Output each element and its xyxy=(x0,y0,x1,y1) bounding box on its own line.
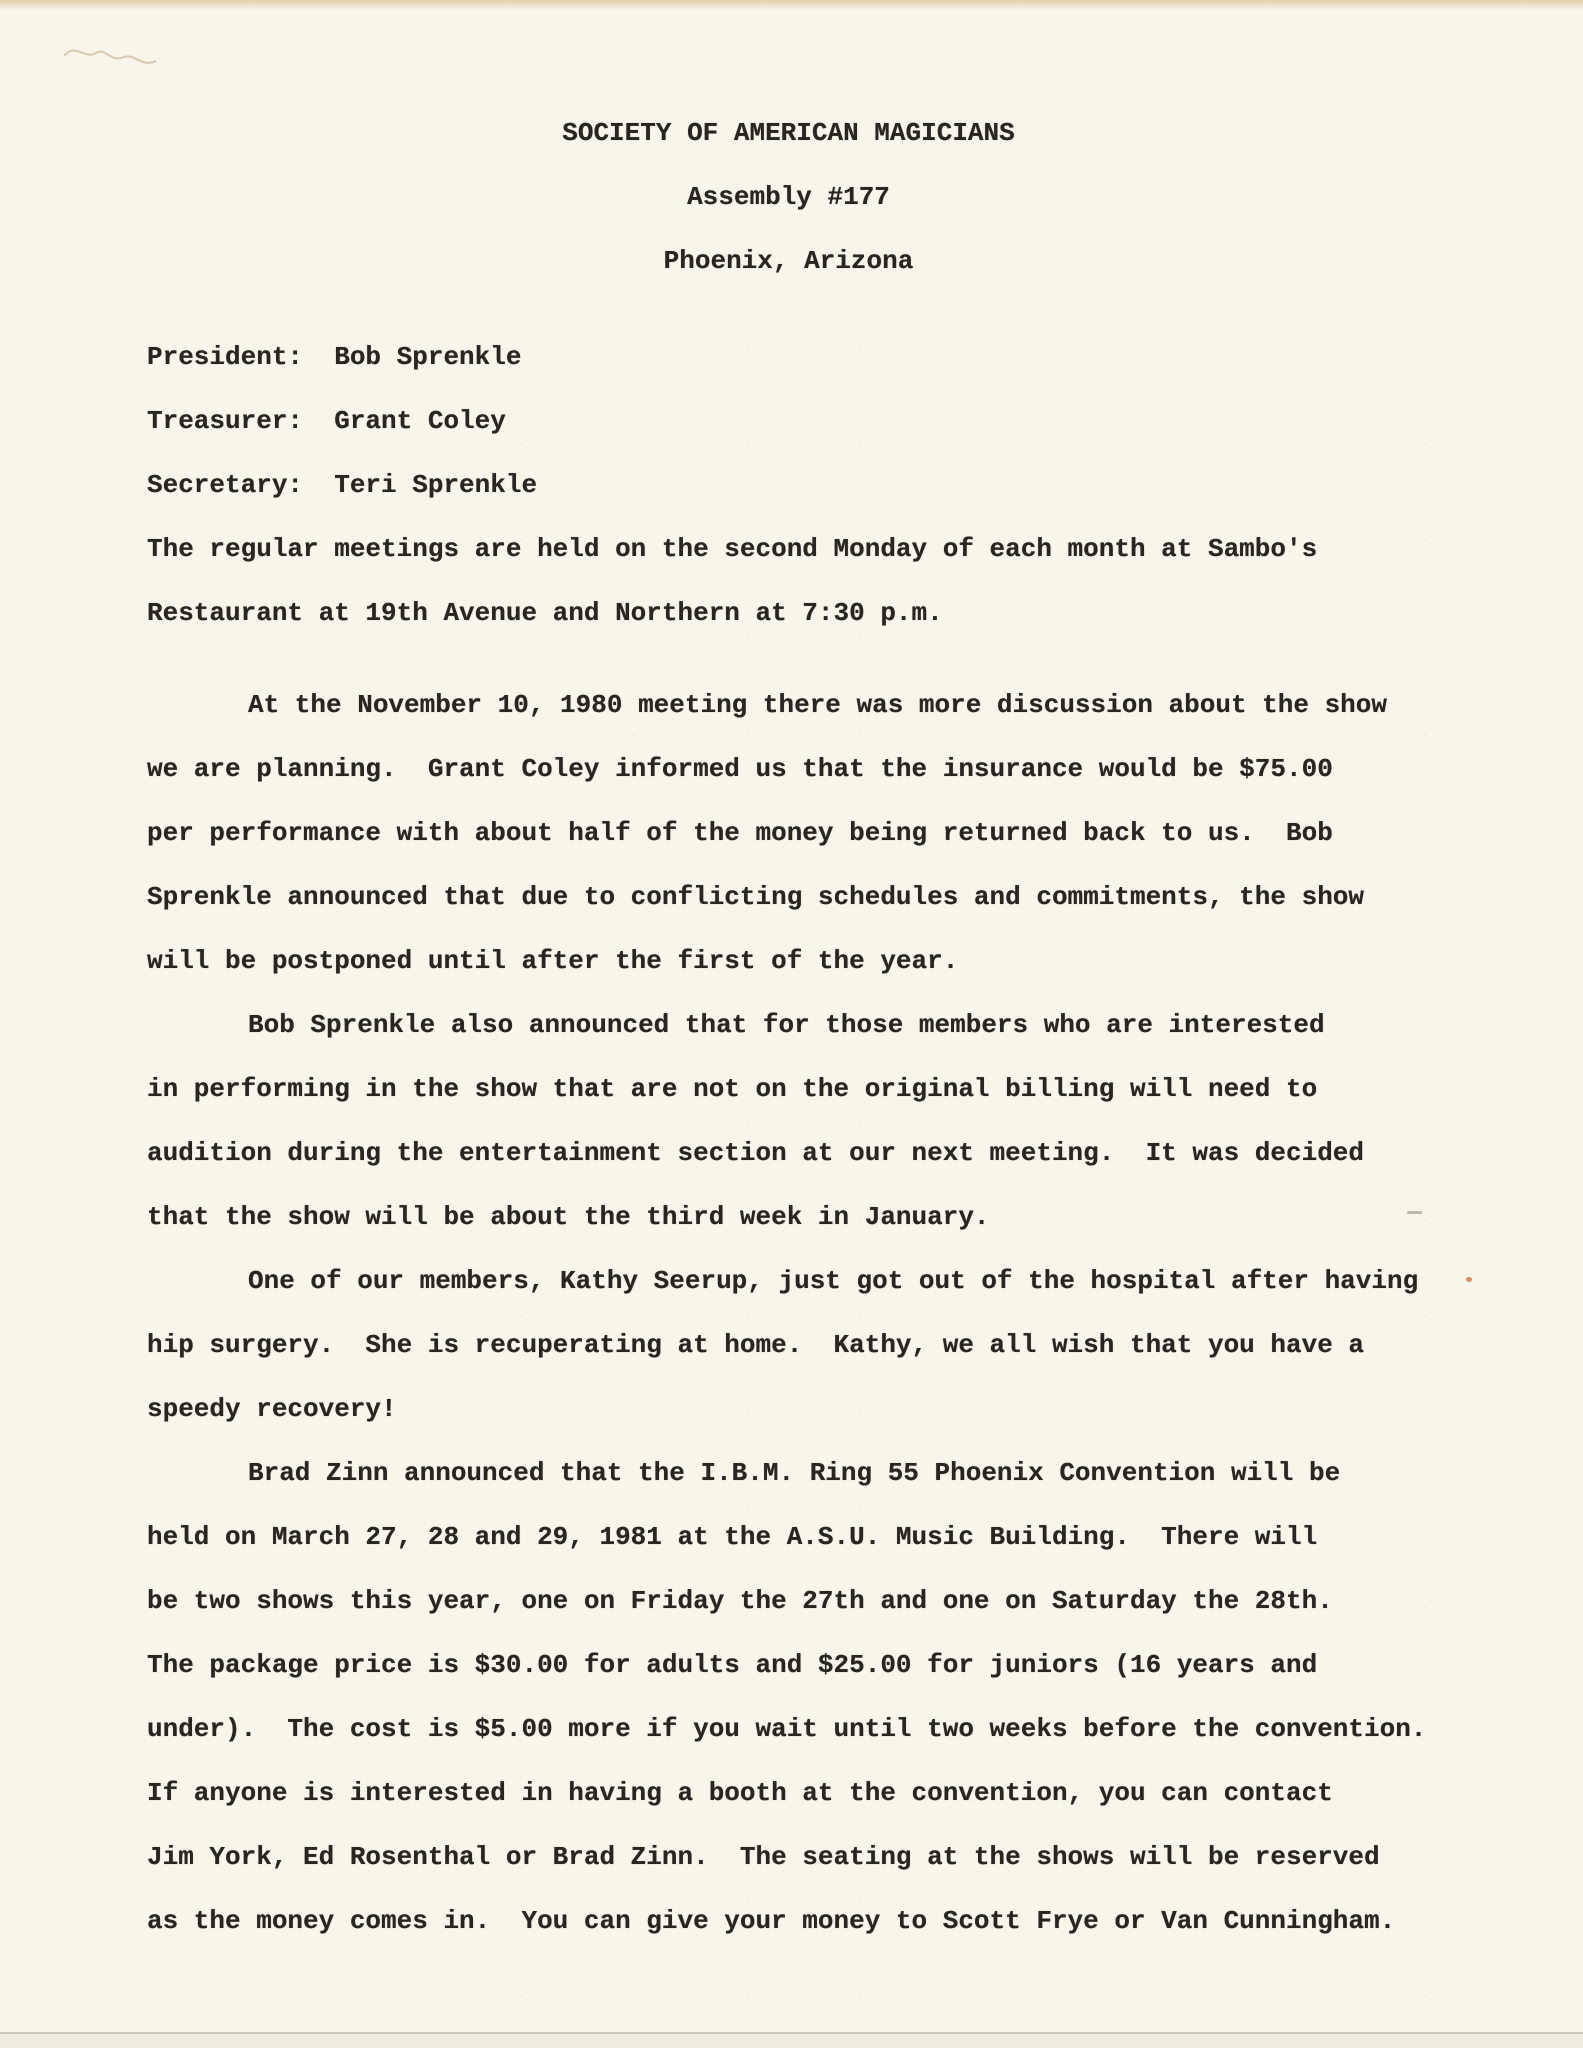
meeting-info-line: Restaurant at 19th Avenue and Northern a… xyxy=(147,581,1430,645)
text-line: Brad Zinn announced that the I.B.M. Ring… xyxy=(147,1441,1430,1505)
text-line: under). The cost is $5.00 more if you wa… xyxy=(147,1697,1430,1761)
officers-and-meeting-info: President: Bob SprenkleTreasurer: Grant … xyxy=(147,325,1430,645)
document-page: SOCIETY OF AMERICAN MAGICIANS Assembly #… xyxy=(0,0,1583,2048)
officer-line: Secretary: Teri Sprenkle xyxy=(147,453,1430,517)
text-line: in performing in the show that are not o… xyxy=(147,1057,1430,1121)
document-content: SOCIETY OF AMERICAN MAGICIANS Assembly #… xyxy=(147,0,1430,1953)
officer-line: President: Bob Sprenkle xyxy=(147,325,1430,389)
text-line: The package price is $30.00 for adults a… xyxy=(147,1633,1430,1697)
paper-mark xyxy=(1407,1211,1422,1214)
text-line: Jim York, Ed Rosenthal or Brad Zinn. The… xyxy=(147,1825,1430,1889)
text-line: Sprenkle announced that due to conflicti… xyxy=(147,865,1430,929)
text-line: per performance with about half of the m… xyxy=(147,801,1430,865)
meeting-info-line: The regular meetings are held on the sec… xyxy=(147,517,1430,581)
paragraph: Brad Zinn announced that the I.B.M. Ring… xyxy=(147,1441,1430,1953)
text-line: speedy recovery! xyxy=(147,1377,1430,1441)
text-line: that the show will be about the third we… xyxy=(147,1185,1430,1249)
scan-bottom-edge xyxy=(0,2032,1583,2048)
officer-line: Treasurer: Grant Coley xyxy=(147,389,1430,453)
text-line: If anyone is interested in having a boot… xyxy=(147,1761,1430,1825)
paragraph: Bob Sprenkle also announced that for tho… xyxy=(147,993,1430,1249)
text-line: held on March 27, 28 and 29, 1981 at the… xyxy=(147,1505,1430,1569)
text-line: be two shows this year, one on Friday th… xyxy=(147,1569,1430,1633)
text-line: audition during the entertainment sectio… xyxy=(147,1121,1430,1185)
document-body: At the November 10, 1980 meeting there w… xyxy=(147,673,1430,1953)
document-header: SOCIETY OF AMERICAN MAGICIANS Assembly #… xyxy=(147,101,1430,293)
assembly-number: Assembly #177 xyxy=(147,165,1430,229)
text-line: hip surgery. She is recuperating at home… xyxy=(147,1313,1430,1377)
text-line: as the money comes in. You can give your… xyxy=(147,1889,1430,1953)
text-line: One of our members, Kathy Seerup, just g… xyxy=(147,1249,1430,1313)
paper-speck xyxy=(1466,1277,1472,1282)
text-line: we are planning. Grant Coley informed us… xyxy=(147,737,1430,801)
location: Phoenix, Arizona xyxy=(147,229,1430,293)
text-line: will be postponed until after the first … xyxy=(147,929,1430,993)
text-line: At the November 10, 1980 meeting there w… xyxy=(147,673,1430,737)
paragraph: At the November 10, 1980 meeting there w… xyxy=(147,673,1430,993)
text-line: Bob Sprenkle also announced that for tho… xyxy=(147,993,1430,1057)
paragraph: One of our members, Kathy Seerup, just g… xyxy=(147,1249,1430,1441)
org-title: SOCIETY OF AMERICAN MAGICIANS xyxy=(147,101,1430,165)
